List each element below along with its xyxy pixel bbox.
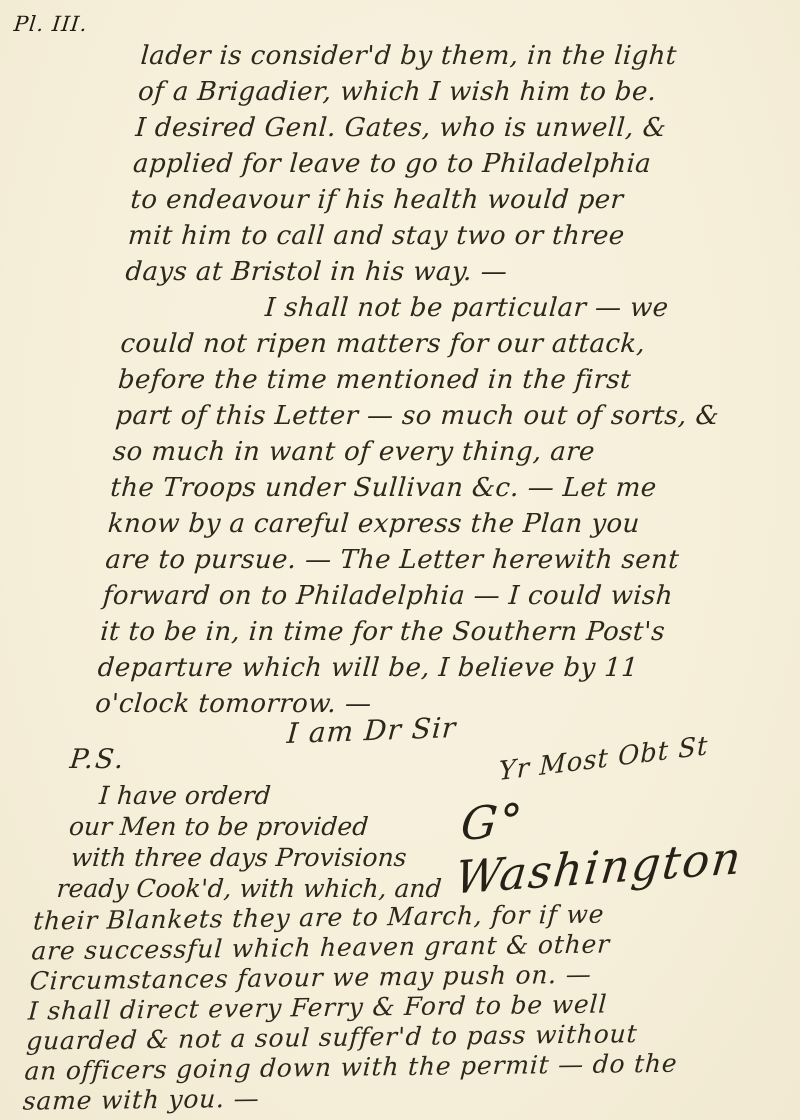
letter-line: mit him to call and stay two or three [127,218,798,254]
letter-line: applied for leave to go to Philadelphia [132,146,800,182]
letter-line: before the time mentioned in the first [117,362,788,398]
ps-line: our Men to be provided [68,811,447,842]
postscript-narrow-block: I have orderd our Men to be provided wit… [54,780,450,904]
postscript-wide-block: their Blankets they are to March, for if… [22,897,786,1116]
letter-line: days at Bristol in his way. — [124,254,795,290]
letter-line: know by a careful express the Plan you [107,506,778,542]
letter-line: are to pursue. — The Letter herewith sen… [104,542,775,578]
letter-closing: I am Dr Sir [286,711,458,750]
letter-line: forward on to Philadelphia — I could wis… [102,578,773,614]
letter-line: I desired Genl. Gates, who is unwell, & [134,110,800,146]
letter-line: the Troops under Sullivan &c. — Let me [109,470,780,506]
plate-label: Pl. III. [13,12,89,36]
letter-line: of a Brigadier, which I wish him to be. [137,74,800,110]
ps-line: I have orderd [98,780,449,811]
letter-line: so much in want of every thing, are [112,434,783,470]
letter-line: part of this Letter — so much out of sor… [114,398,785,434]
letter-facsimile-page: Pl. III. lader is consider'd by them, in… [0,0,800,1120]
letter-valediction: Yr Most Obt St [499,731,709,787]
letter-line: departure which will be, I believe by 11 [97,650,768,686]
letter-line: it to be in, in time for the Southern Po… [99,614,770,650]
washington-signature: G° Washington [453,774,800,905]
letter-line: could not ripen matters for our attack, [119,326,790,362]
letter-line: to endeavour if his health would per [129,182,800,218]
letter-body: lader is consider'd by them, in the ligh… [94,38,800,722]
ps-line: with three days Provisions [70,842,445,873]
letter-line-paragraph-start: I shall not be particular — we [122,290,793,326]
ps-line: ready Cook'd, with which, and [56,873,443,904]
letter-line: lader is consider'd by them, in the ligh… [139,38,800,74]
postscript-label: P.S. [68,744,127,775]
